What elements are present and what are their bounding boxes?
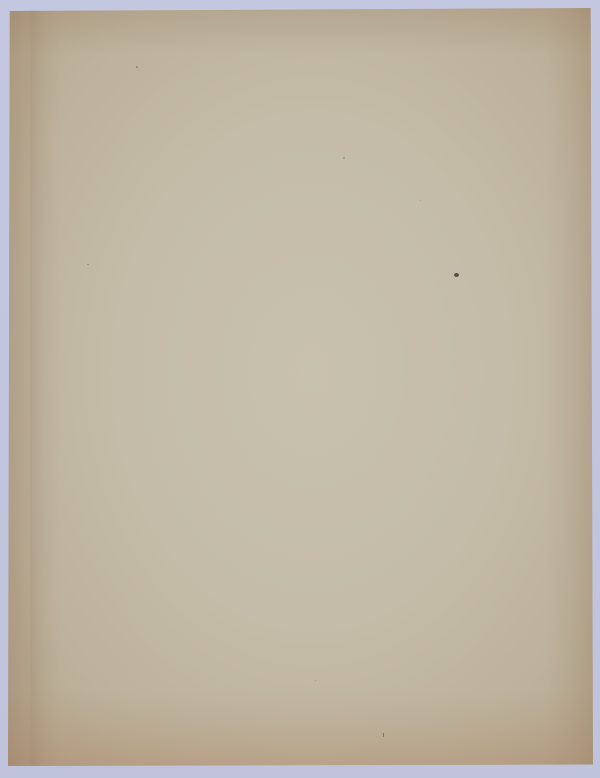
paper-speck	[315, 680, 316, 681]
paper-speck	[383, 733, 384, 737]
paper-speck	[420, 200, 421, 201]
paper-speck	[87, 264, 89, 265]
paper-speck	[343, 157, 345, 159]
paper-speck	[454, 273, 459, 277]
paper-speck	[136, 66, 138, 68]
blank-paper-sheet	[8, 8, 593, 766]
